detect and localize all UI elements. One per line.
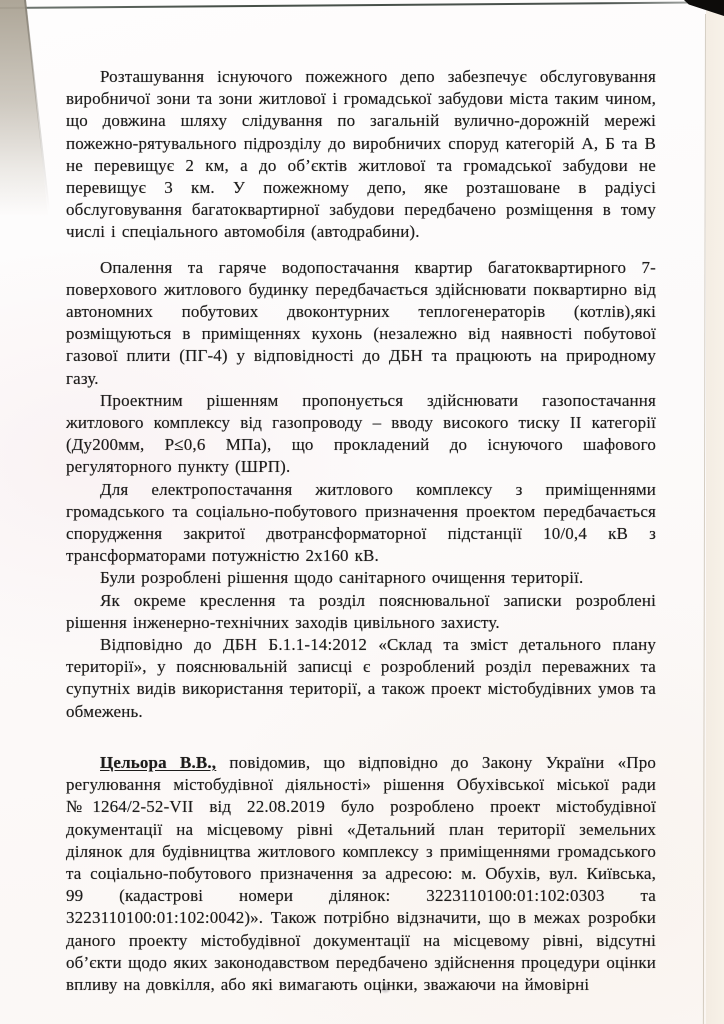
paragraph-fire-depot: Розташування існуючого пожежного депо за…	[66, 66, 656, 244]
scan-right-edge-strip	[706, 8, 724, 1024]
paragraph-electricity: Для електропостачання житлового комплекс…	[66, 479, 656, 568]
paragraph-gas-supply: Проектним рішенням пропонується здійснюв…	[66, 390, 656, 479]
paragraph-sanitary: Були розроблені рішення щодо санітарного…	[66, 567, 656, 589]
speaker-statement-text: повідомив, що відповідно до Закону Украї…	[66, 753, 656, 994]
paragraph-speaker-statement: Цельора В.В., повідомив, що відповідно д…	[66, 752, 656, 996]
scanned-page: Розташування існуючого пожежного депо за…	[0, 0, 724, 1024]
document-text-block: Розташування існуючого пожежного депо за…	[66, 66, 656, 996]
speaker-name: Цельора В.В.,	[100, 753, 216, 772]
paragraph-dbn-standard: Відповідно до ДБН Б.1.1-14:2012 «Склад т…	[66, 634, 656, 723]
paragraph-civil-protection: Як окреме креслення та розділ пояснюваль…	[66, 590, 656, 634]
scan-top-edge-line	[0, 1, 708, 8]
scan-top-left-edge-artifact	[0, 0, 52, 225]
paragraph-heating: Опалення та гаряче водопостачання кварти…	[66, 257, 656, 390]
